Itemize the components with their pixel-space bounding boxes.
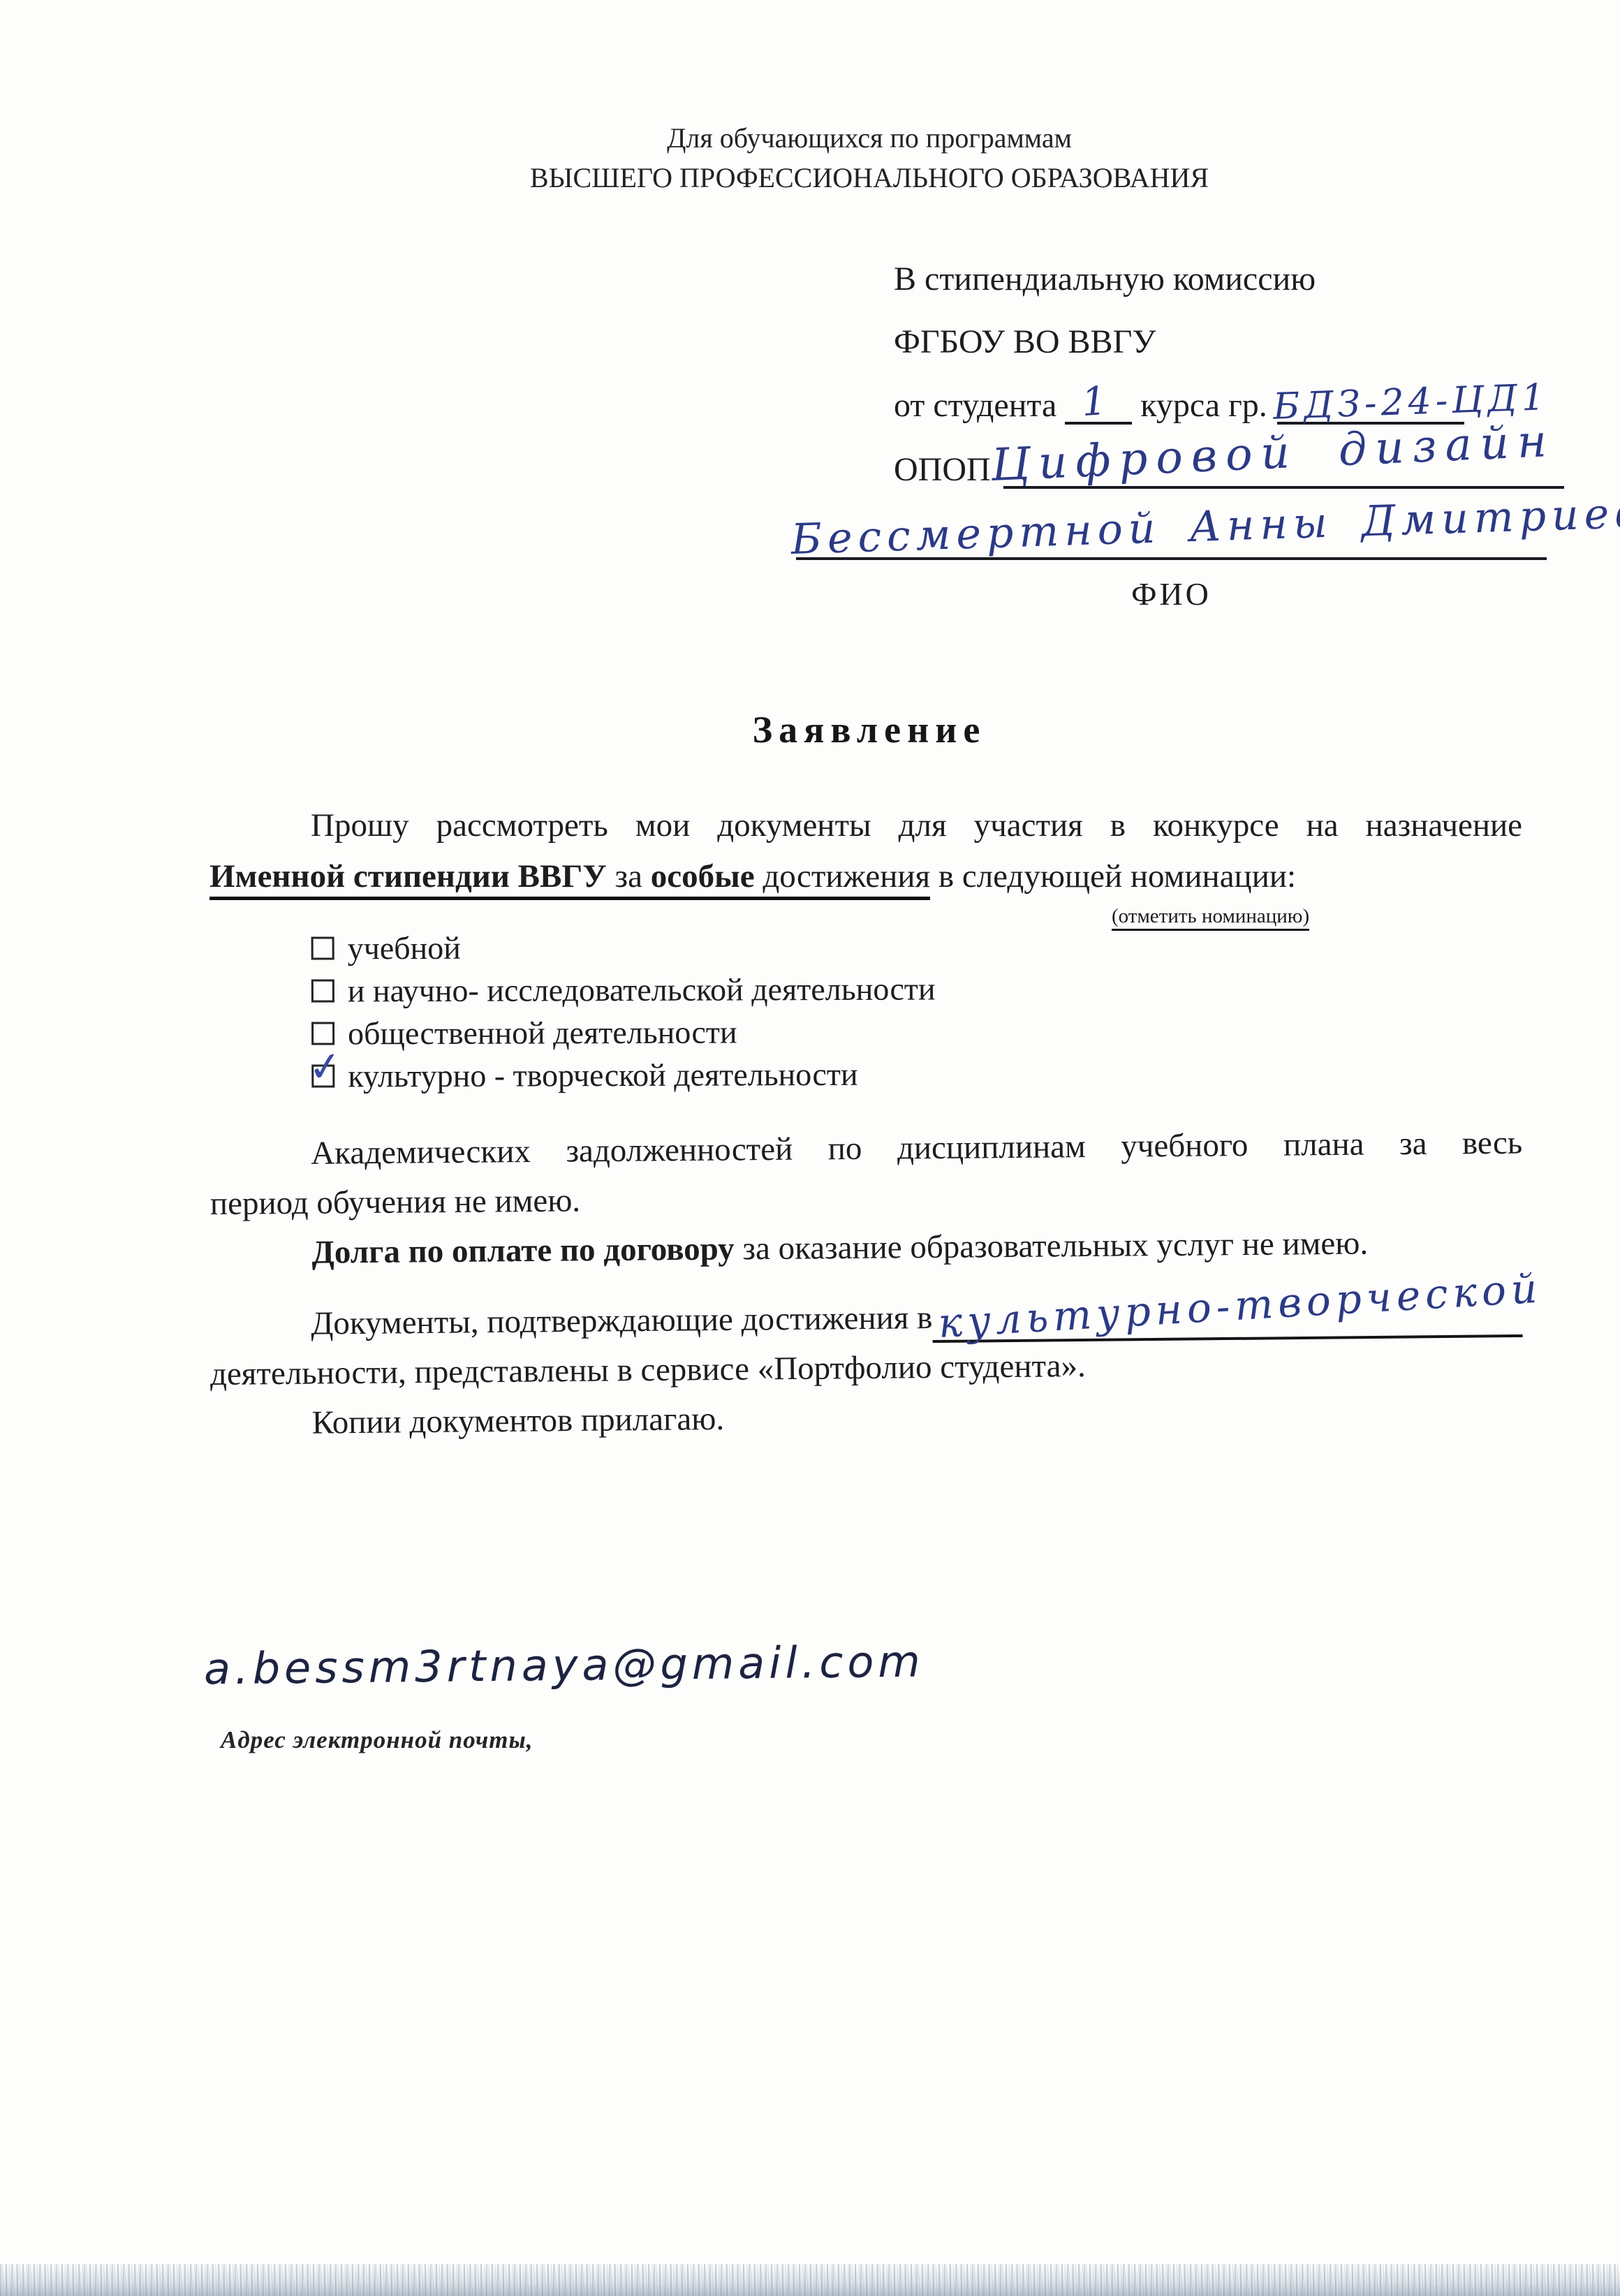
documents-prefix: Документы, подтверждающие достижения в xyxy=(209,1293,933,1350)
email-label: Адрес электронной почты, xyxy=(221,1726,533,1754)
request-line-2: Именной стипендии ВВГУ за особые достиже… xyxy=(209,851,1522,902)
opop-blank: Цифровой дизайн xyxy=(1003,447,1564,489)
nomination-label: культурно - творческой деятельности xyxy=(348,1055,857,1094)
nomination-label: общественной деятельности xyxy=(348,1013,737,1052)
documents-paragraph: Документы, подтверждающие достижения в к… xyxy=(209,1288,1524,1449)
special-bold: особые xyxy=(651,858,755,895)
header-line-program: ВЫСШЕГО ПРОФЕССИОНАЛЬНОГО ОБРАЗОВАНИЯ xyxy=(216,159,1522,198)
request-line-1: Прошу рассмотреть мои документы для учас… xyxy=(209,800,1522,851)
fio-handwritten-value: Бессмертной Анны Дмитриевны xyxy=(790,486,1620,564)
group-blank: БДЗ-24-ЦД1 xyxy=(1277,385,1464,425)
checkbox-research[interactable] xyxy=(311,979,334,1002)
nomination-row-cultural: ✓ культурно - творческой деятельности xyxy=(311,1055,936,1094)
course-blank: 1 xyxy=(1065,385,1132,425)
nomination-row-academic: учебной xyxy=(311,927,936,966)
payment-debt-line: Долга по оплате по договору за оказание … xyxy=(210,1218,1524,1279)
scanned-application-page: Для обучающихся по программам ВЫСШЕГО ПР… xyxy=(0,0,1620,2296)
addressee-commission: В стипендиальную комиссию xyxy=(894,260,1316,298)
checkbox-academic[interactable] xyxy=(311,936,334,959)
page-title: Заявление xyxy=(216,708,1522,751)
student-course-line: от студента 1 курса гр. БДЗ-24-ЦД1 xyxy=(894,385,1464,425)
request-mid: за xyxy=(615,858,642,895)
fio-label: ФИО xyxy=(796,575,1547,612)
opop-line: ОПОП Цифровой дизайн xyxy=(894,447,1564,489)
course-handwritten-value: 1 xyxy=(1080,378,1108,425)
opop-handwritten-value: Цифровой дизайн xyxy=(989,415,1556,492)
email-handwritten-value: a.bessm3rtnaya@gmail.com xyxy=(204,1636,925,1695)
document-header: Для обучающихся по программам ВЫСШЕГО ПР… xyxy=(216,119,1522,198)
checkbox-social[interactable] xyxy=(311,1022,334,1045)
nomination-label: и научно- исследовательской деятельности xyxy=(348,970,936,1009)
fio-blank: Бессмертной Анны Дмитриевны xyxy=(796,517,1547,560)
payment-debt-bold: Долга по оплате по договору xyxy=(311,1230,735,1270)
nomination-blank: культурно-творческой xyxy=(932,1294,1523,1343)
nomination-checklist: учебной и научно- исследовательской деят… xyxy=(311,927,936,1100)
request-paragraph: Прошу рассмотреть мои документы для учас… xyxy=(209,800,1522,902)
checkbox-cultural-checked[interactable]: ✓ xyxy=(311,1064,334,1087)
achievements-underlined: достижения xyxy=(763,858,930,895)
course-group-label: курса гр. xyxy=(1140,386,1267,425)
nomination-handwritten-value: культурно-творческой xyxy=(937,1263,1544,1348)
nomination-row-social: общественной деятельности xyxy=(311,1013,936,1051)
request-tail: в следующей номинации: xyxy=(938,858,1296,895)
statements-paragraph: Академических задолженностей по дисципли… xyxy=(209,1119,1524,1279)
payment-debt-rest: за оказание образовательных услуг не име… xyxy=(742,1226,1368,1267)
scholarship-name-bold: Именной стипендии ВВГУ xyxy=(209,858,607,895)
from-student-label: от студента xyxy=(894,386,1056,425)
opop-label: ОПОП xyxy=(894,450,991,489)
scanner-noise-band xyxy=(0,2264,1620,2296)
nomination-label: учебной xyxy=(348,929,461,966)
check-mark-icon: ✓ xyxy=(306,1041,345,1092)
addressee-university: ФГБОУ ВО ВВГУ xyxy=(894,323,1156,361)
mark-nomination-note: (отметить номинацию) xyxy=(1112,905,1309,931)
nomination-row-research: и научно- исследовательской деятельности xyxy=(311,970,936,1008)
header-line-audience: Для обучающихся по программам xyxy=(216,119,1522,159)
